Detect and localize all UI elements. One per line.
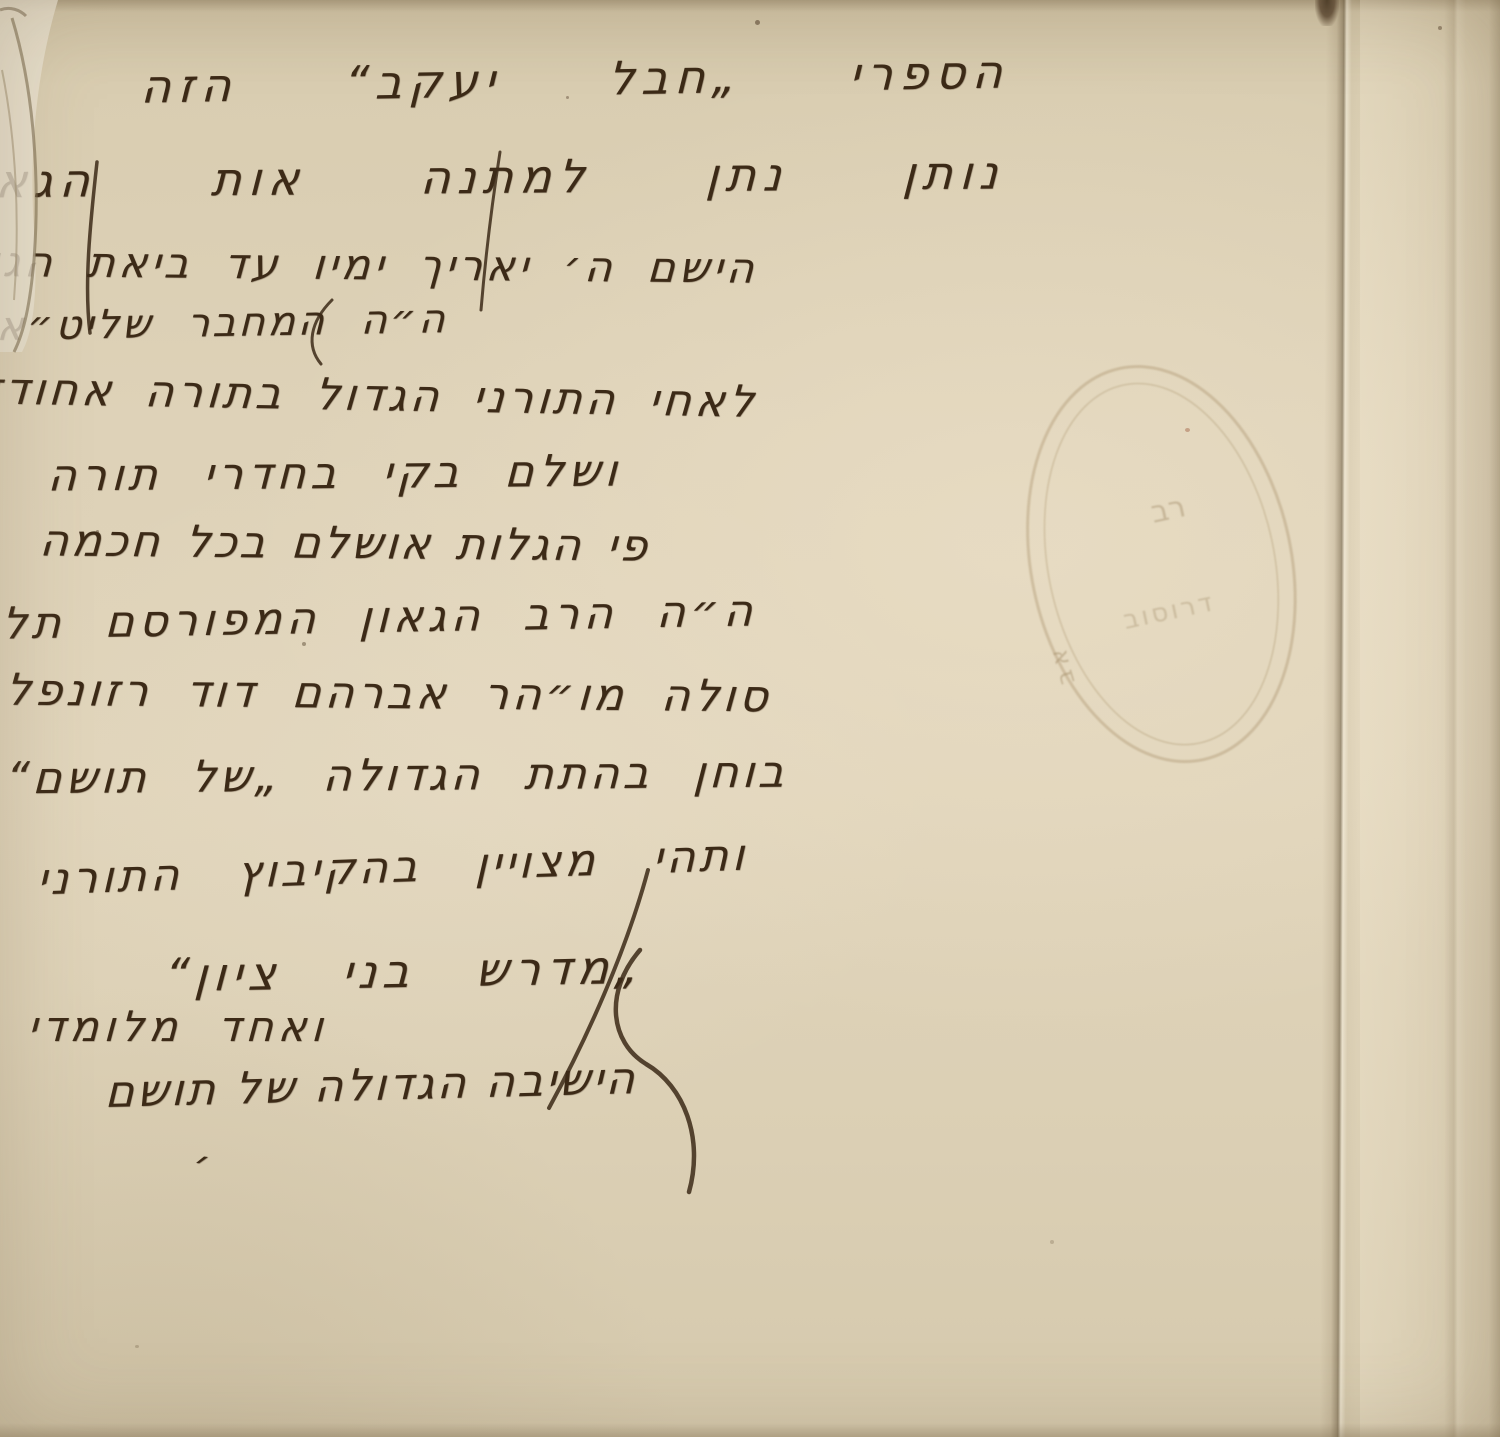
handwriting-line: פי הגלות אושלם בכל חכמה: [38, 515, 652, 571]
handwriting-line: הישיבה הגדולה של תושם: [104, 1053, 639, 1118]
paper-speck: [96, 530, 99, 533]
right-page-panel: [1360, 0, 1500, 1437]
paper-speck: [1050, 1240, 1054, 1244]
stamp-inner-ring: [1013, 362, 1310, 767]
paper-speck: [566, 96, 569, 99]
stamp-outer-ring: [993, 341, 1330, 786]
paper-speck: [302, 642, 306, 646]
stamp-graphic: אברהם דוד רוזינפעל רב דרוסוב: [971, 326, 1354, 809]
handwriting-line: ה״ה המחבר שליט״א: [0, 296, 449, 350]
handwriting-line: ה״ה הרב הגאון המפורסם תל: [1, 585, 759, 649]
handwriting-line: סולה מו״הר אברהם דוד רזונפל: [4, 665, 774, 723]
paper-speck: [135, 1345, 139, 1348]
handwriting-line: ׳: [190, 1141, 213, 1189]
handwriting-line: ושלם בקי בחדרי תורה: [46, 445, 623, 501]
handwriting-line: הספרי „חבל יעקב“ הזה: [140, 44, 1011, 113]
fold-crease-main: [1320, 0, 1362, 1437]
handwriting-line: ותהי מצויין בהקיבוץ התורני: [36, 830, 749, 906]
stamp-center-town: דרוסוב: [1121, 587, 1218, 636]
manuscript-page: אברהם דוד רוזינפעל רב דרוסוב הספרי „חבל …: [0, 0, 1500, 1437]
ink-stamp: אברהם דוד רוזינפעל רב דרוסוב: [971, 326, 1354, 809]
handwriting-line: ואחד מלומדי: [26, 1002, 329, 1051]
handwriting-line: הישם ה׳ יאריך ימיו עד ביאת הגואל: [0, 236, 760, 292]
paper-speck: [755, 20, 760, 25]
torn-corner-edge: [0, 8, 26, 16]
stamp-ring-text: אברהם דוד רוזינפעל: [971, 357, 1081, 694]
paper-speck: [1185, 428, 1190, 432]
fold-crease-secondary: [1444, 0, 1466, 1437]
handwriting-line: „מדרש בני ציון“: [163, 940, 646, 1002]
handwriting-line: בוחן בהתת הגדולה „של תושם“: [5, 747, 790, 805]
paper-speck: [1438, 26, 1442, 30]
handwriting-line: לאחי התורני הגדול בתורה אחודד: [0, 363, 760, 428]
handwriting-line: נותן נתן למתנה אות הגאון: [0, 145, 1007, 208]
stamp-center-title: רב: [1148, 489, 1189, 530]
fold-top-notch: [1315, 0, 1339, 26]
